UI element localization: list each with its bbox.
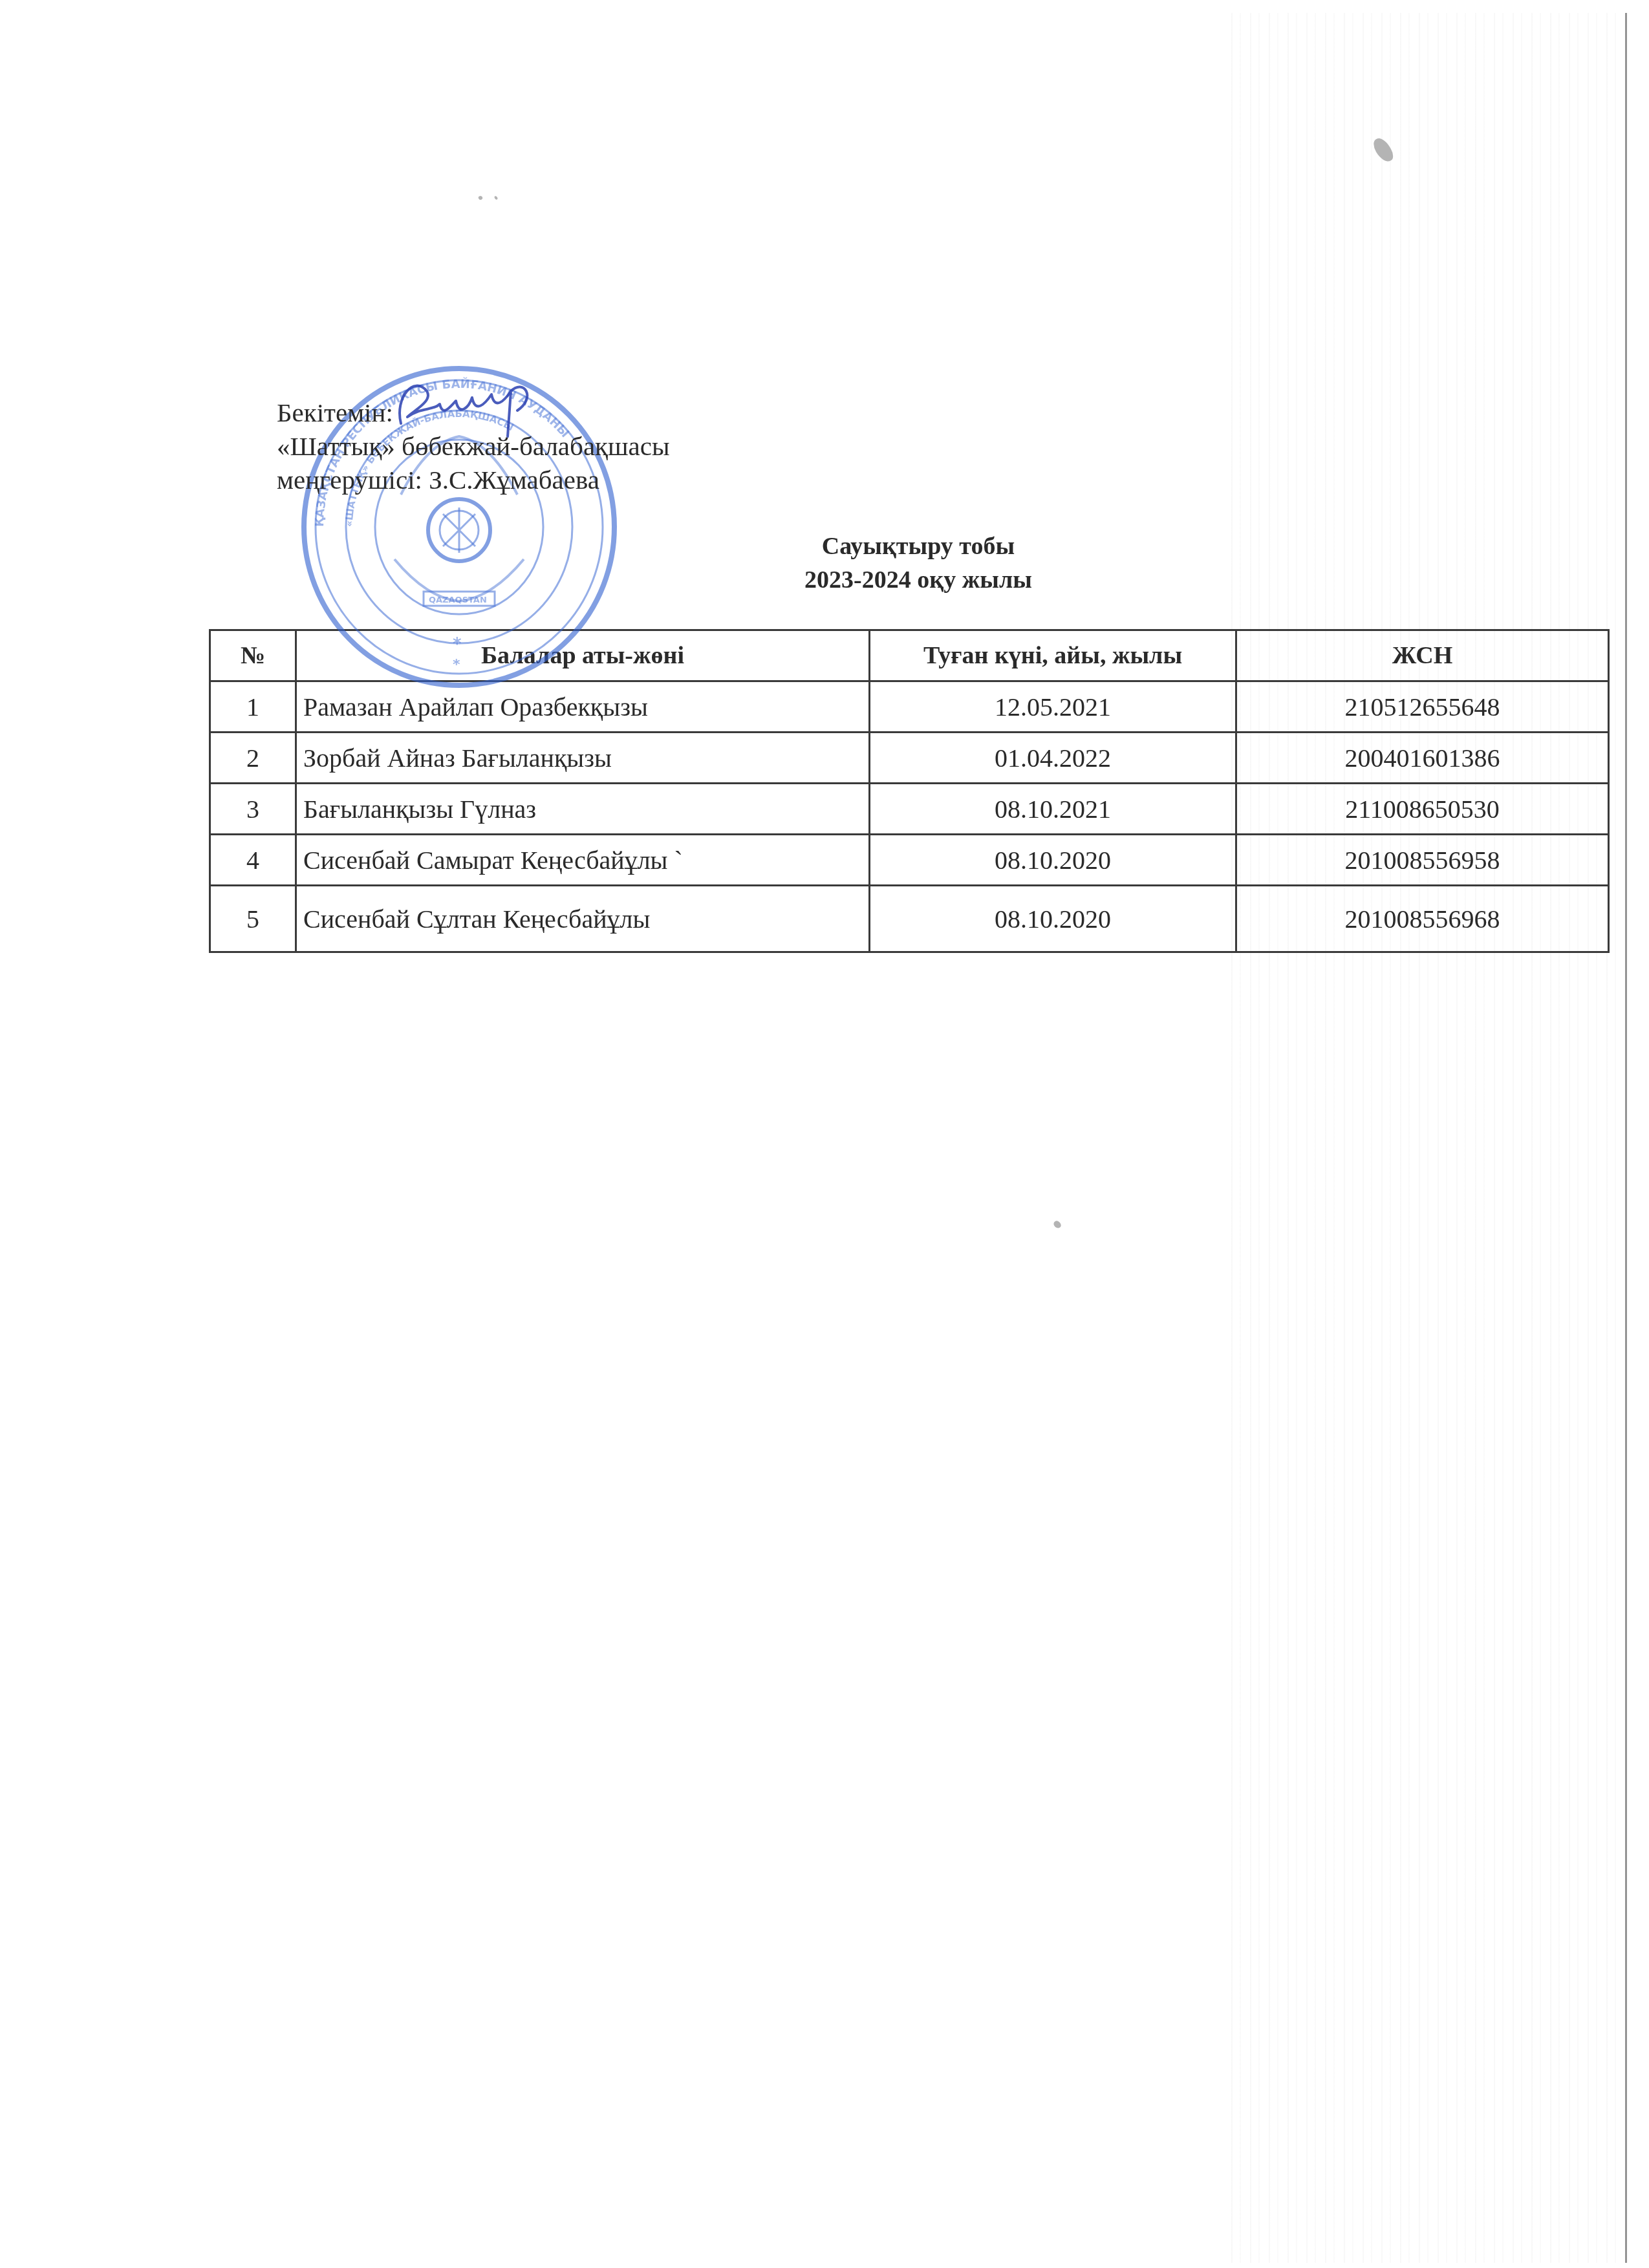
table-row: 3 Бағыланқызы Гүлназ 08.10.2021 21100865… [210,784,1609,835]
iin: 201008556958 [1236,835,1609,886]
header-iin: ЖСН [1236,630,1609,681]
svg-text:*: * [453,635,462,654]
scan-dot [494,195,498,200]
scanner-edge-line [1625,13,1627,2263]
iin: 201008556968 [1236,886,1609,952]
svg-text:QAZAQSTAN: QAZAQSTAN [429,595,487,605]
document-title: Сауықтыру тобы [0,530,1649,562]
handwritten-signature-icon [388,372,556,449]
child-name: Сисенбай Сұлтан Кеңесбайұлы [296,886,870,952]
row-number: 1 [210,681,296,733]
svg-text:*: * [453,657,460,673]
scan-smudge [1370,135,1396,165]
scan-smudge [1053,1219,1062,1229]
row-number: 4 [210,835,296,886]
iin: 211008650530 [1236,784,1609,835]
iin: 210512655648 [1236,681,1609,733]
document-subtitle: 2023-2024 оқу жылы [0,564,1649,596]
row-number: 2 [210,733,296,784]
child-name: Зорбай Айназ Бағыланқызы [296,733,870,784]
iin: 200401601386 [1236,733,1609,784]
approval-director: меңгерушісі: З.С.Жұмабаева [277,463,670,497]
child-name: Бағыланқызы Гүлназ [296,784,870,835]
header-birth-date: Туған күні, айы, жылы [870,630,1236,681]
table-row: 2 Зорбай Айназ Бағыланқызы 01.04.2022 20… [210,733,1609,784]
birth-date: 12.05.2021 [870,681,1236,733]
table-row: 4 Сисенбай Самырат Кеңесбайұлы ` 08.10.2… [210,835,1609,886]
row-number: 5 [210,886,296,952]
row-number: 3 [210,784,296,835]
birth-date: 08.10.2021 [870,784,1236,835]
child-name: Сисенбай Самырат Кеңесбайұлы ` [296,835,870,886]
scan-dot [478,195,483,200]
header-number: № [210,630,296,681]
birth-date: 08.10.2020 [870,835,1236,886]
scanner-streaks [1222,13,1617,2263]
birth-date: 01.04.2022 [870,733,1236,784]
table-row: 5 Сисенбай Сұлтан Кеңесбайұлы 08.10.2020… [210,886,1609,952]
birth-date: 08.10.2020 [870,886,1236,952]
